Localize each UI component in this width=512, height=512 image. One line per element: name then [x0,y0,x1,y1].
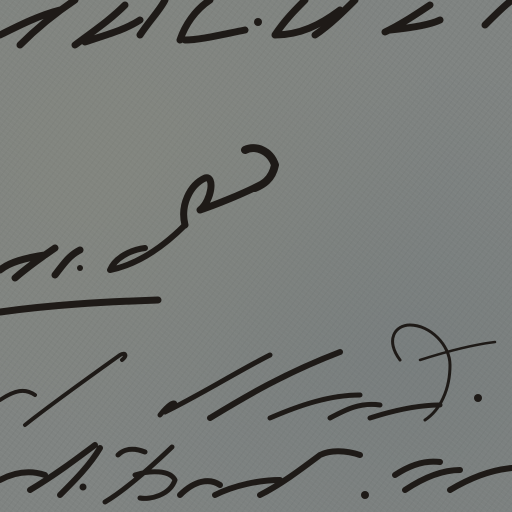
handwriting-line-1 [0,0,512,45]
handwriting-line-2 [0,148,275,312]
paper-background: ...nn.r. a... ...ra.c ...n Schrad. ...hl… [0,0,512,512]
handwriting-line-4 [0,445,512,502]
handwriting-strokes [0,0,512,512]
handwriting-line-3 [0,325,495,425]
